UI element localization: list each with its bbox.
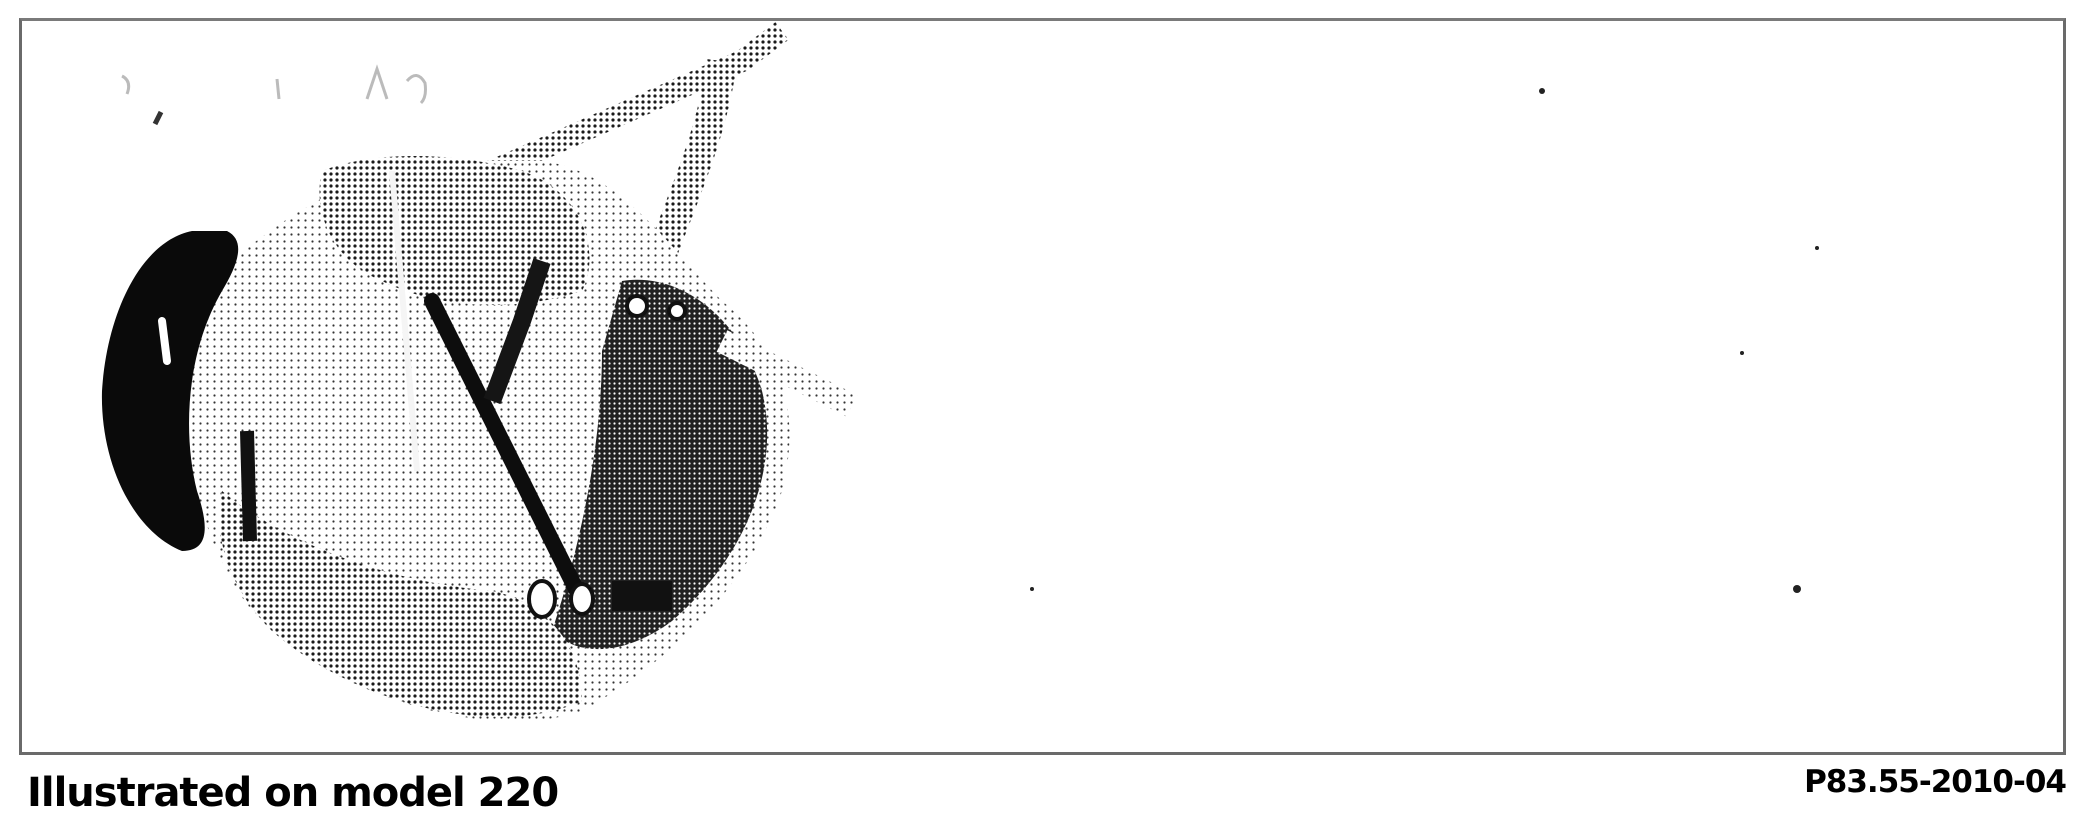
figure-frame bbox=[19, 18, 2066, 755]
figure-code: P83.55-2010-04 bbox=[1804, 764, 2066, 800]
figure-caption: Illustrated on model 220 bbox=[27, 770, 558, 816]
scan-marks bbox=[122, 69, 426, 103]
compressor-photo bbox=[22, 21, 2069, 758]
